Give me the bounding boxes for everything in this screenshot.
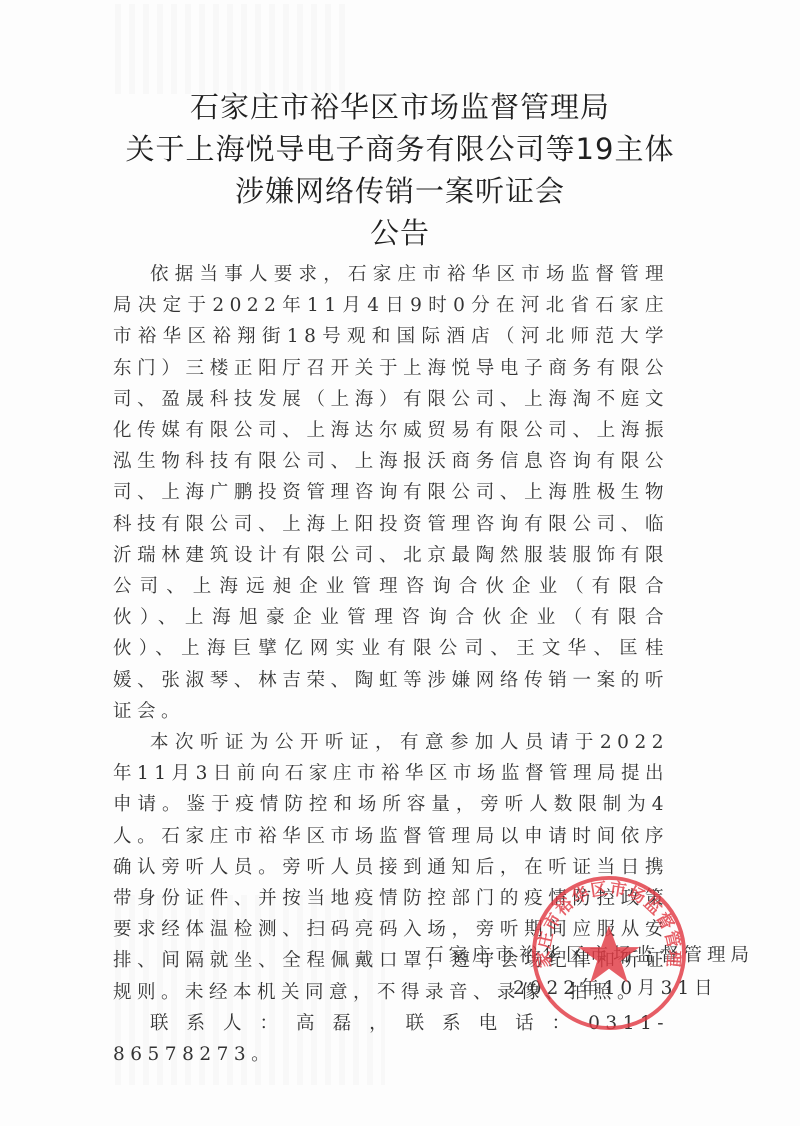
- scan-artifact: [115, 4, 345, 94]
- title-line-3: 涉嫌网络传销一案听证会: [0, 170, 800, 212]
- paragraph-hearing-notice: 依据当事人要求，石家庄市裕华区市场监督管理局决定于2022年11月4日9时0分在…: [113, 259, 669, 727]
- document-page: 石家庄市裕华区市场监督管理局 关于上海悦导电子商务有限公司等19主体 涉嫌网络传…: [0, 0, 800, 1126]
- signature-date: 2022年10月31日: [513, 974, 718, 1000]
- title-line-2: 关于上海悦导电子商务有限公司等19主体: [0, 128, 800, 170]
- signature-organization: 石家庄市裕华区市场监督管理局: [425, 941, 754, 967]
- title-line-1: 石家庄市裕华区市场监督管理局: [0, 86, 800, 128]
- document-title: 石家庄市裕华区市场监督管理局 关于上海悦导电子商务有限公司等19主体 涉嫌网络传…: [0, 86, 800, 254]
- paragraph-contact: 联系人：高磊，联系电话：0311-86578273。: [113, 1008, 669, 1070]
- title-line-4: 公告: [0, 212, 800, 254]
